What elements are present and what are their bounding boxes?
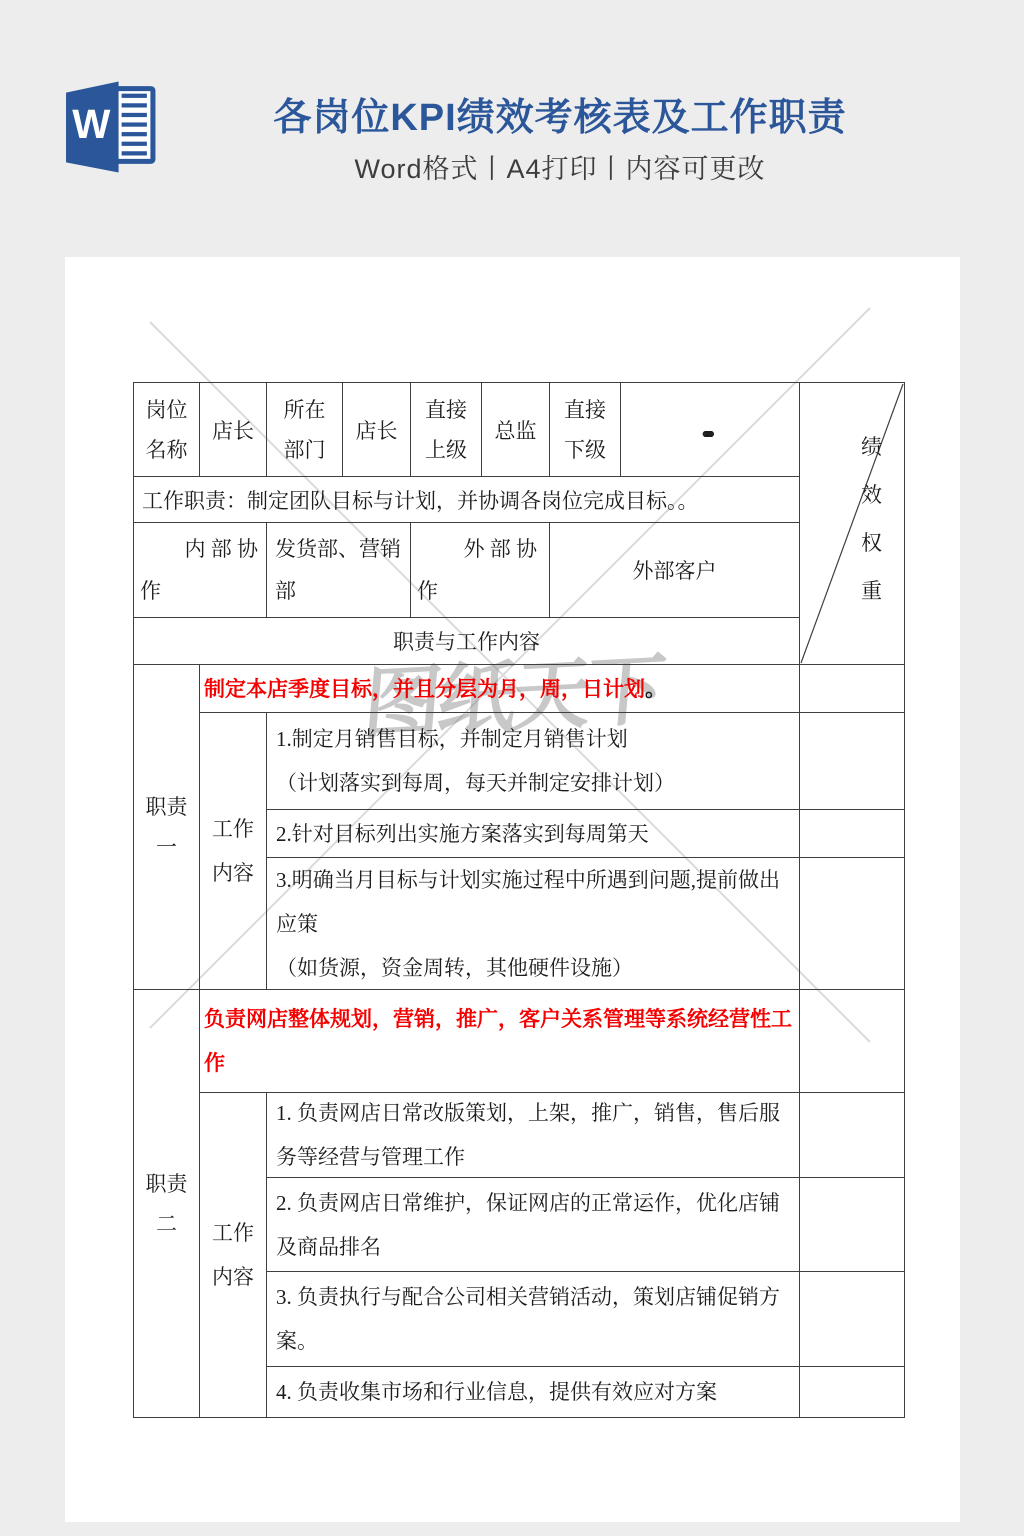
document-page: 图纸天下 岗位 名称 店长 所在 部门 店长 直接 上级 总监 直接 下级 。。… [65,257,960,1522]
duty-two-item-3-cell: 3. 负责执行与配合公司相关营销活动，策划店铺促销方 案。 [267,1272,800,1367]
duty-two-content-label-cell: 工作 内容 [200,1093,267,1418]
word-icon: W [63,80,160,174]
subordinate-label-cell: 直接 下级 [550,383,621,477]
kpi-table: 岗位 名称 店长 所在 部门 店长 直接 上级 总监 直接 下级 。。。。。。。… [133,382,905,1418]
weight-value-cell [800,1093,905,1178]
weight-value-cell [800,1367,905,1418]
duty-two-item-4-cell: 4. 负责收集市场和行业信息，提供有效应对方案 [267,1367,800,1418]
duty-two-item-1-cell: 1. 负责网店日常改版策划，上架，推广，销售，售后服 务等经营与管理工作 [267,1093,800,1178]
department-label-cell: 所在 部门 [267,383,343,477]
document-preview-screen: W 各岗位KPI绩效考核表及工作职责 Word格式丨A4打印丨内容可更改 图纸天… [0,0,1024,1536]
duty-one-summary-cell: 制定本店季度目标，并且分层为月，周，日计划。 [200,665,800,713]
supervisor-value-cell: 总监 [482,383,550,477]
duty-two-summary-cell: 负责网店整体规划，营销，推广，客户关系管理等系统经营性工 作 [200,990,800,1093]
page-title: 各岗位KPI绩效考核表及工作职责 [160,96,960,140]
job-duty-summary-cell: 工作职责：制定团队目标与计划，并协调各岗位完成目标。。 [134,477,800,523]
duty-one-content-label-cell: 工作 内容 [200,713,267,990]
duty-one-label-cell: 职责 一 [134,665,200,990]
duty-one-item-3-cell: 3.明确当月目标与计划实施过程中所遇到问题,提前做出 应策 （如货源，资金周转，… [267,858,800,990]
internal-collab-value-cell: 发货部、营销 部 [267,523,411,618]
weight-value-cell [800,1178,905,1272]
weight-value-cell [800,1272,905,1367]
supervisor-label-cell: 直接 上级 [411,383,482,477]
duty-two-label-cell: 职责 二 [134,990,200,1418]
performance-weight-header-cell: 绩 效 权 重 [800,383,905,665]
weight-value-cell [800,713,905,810]
external-collab-value-cell: 外部客户 [550,523,800,618]
position-value-cell: 店长 [200,383,267,477]
performance-weight-label: 绩 效 权 重 [861,437,882,602]
weight-value-cell [800,810,905,858]
page-subtitle: Word格式丨A4打印丨内容可更改 [160,152,960,186]
position-label-cell: 岗位 名称 [134,383,200,477]
department-value-cell: 店长 [343,383,411,477]
duty-one-item-1-cell: 1.制定月销售目标，并制定月销售计划 （计划落实到每周，每天并制定安排计划） [267,713,800,810]
weight-value-cell [800,858,905,990]
internal-collab-label-cell: 内 部 协 作 [134,523,267,618]
weight-value-cell [800,665,905,713]
weight-value-cell [800,990,905,1093]
word-w-letter: W [72,101,111,147]
section-header-cell: 职责与工作内容 [134,618,800,665]
diagonal-line [800,383,904,664]
subordinate-value-cell: 。。。。。。。。。。。。 [621,383,800,477]
external-collab-label-cell: 外 部 协 作 [411,523,550,618]
duty-one-item-2-cell: 2.针对目标列出实施方案落实到每周第天 [267,810,800,858]
duty-two-item-2-cell: 2. 负责网店日常维护，保证网店的正常运作，优化店铺 及商品排名 [267,1178,800,1272]
